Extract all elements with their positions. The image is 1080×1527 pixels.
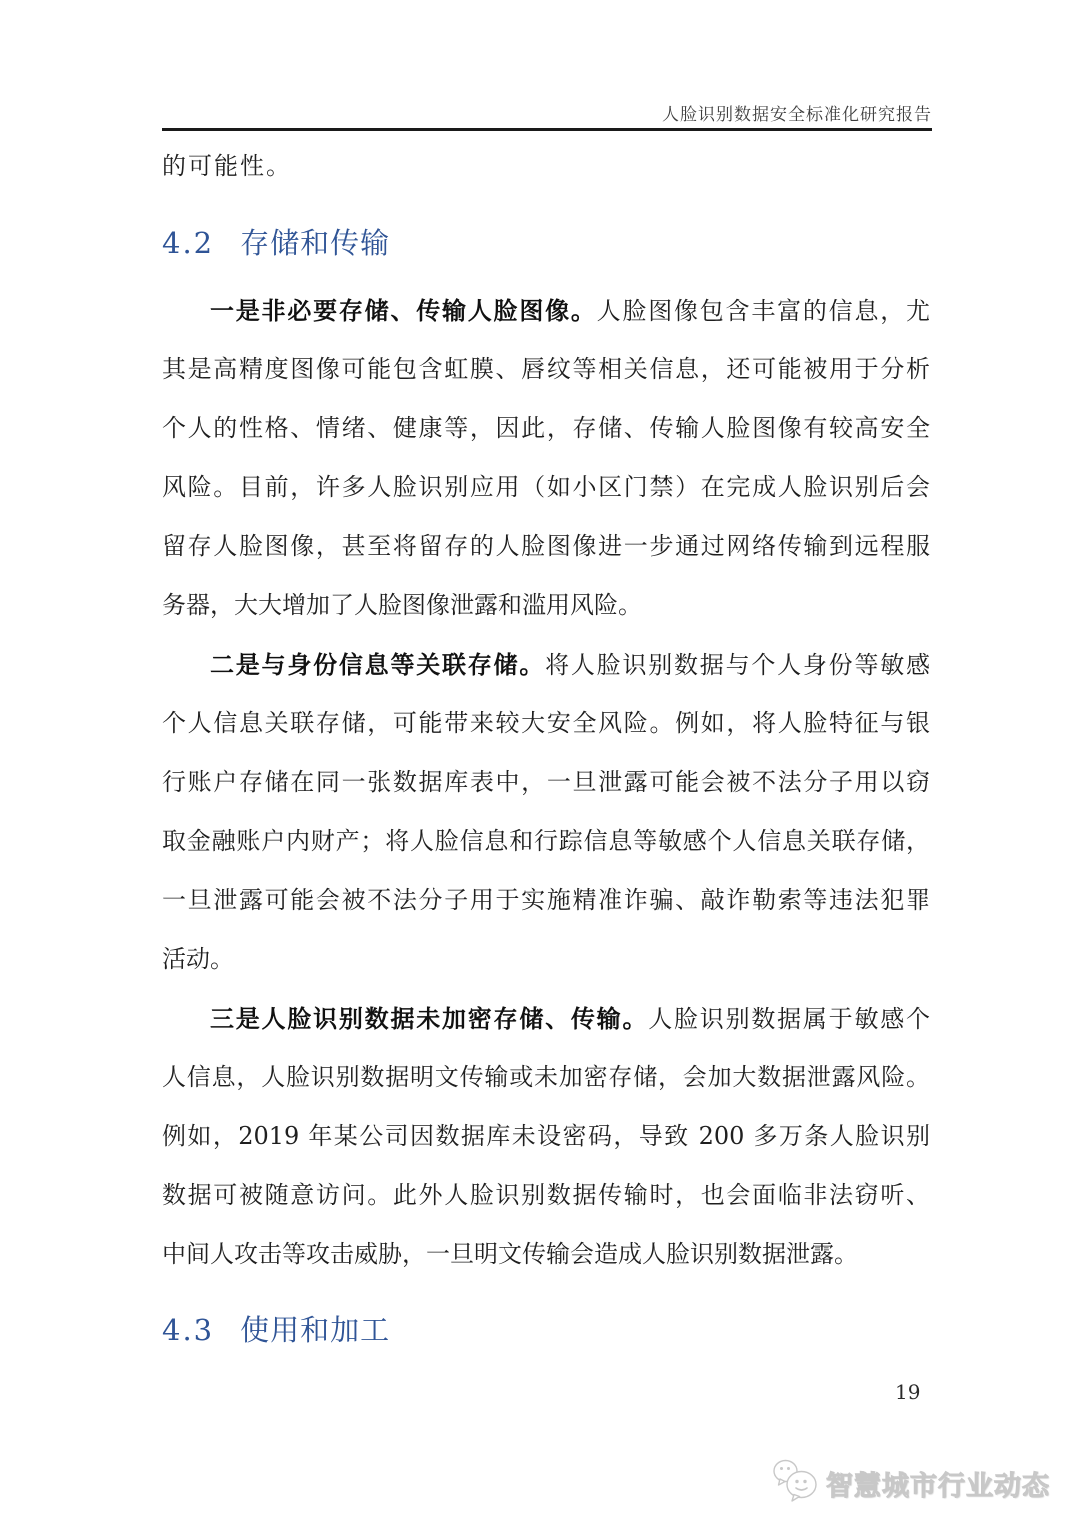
paragraph-lead: 一是非必要存储、传输人脸图像。 xyxy=(210,296,597,325)
paragraph-line: 例如，2019 年某公司因数据库未设密码，导致 200 多万条人脸识别 xyxy=(162,1107,930,1166)
paragraph-line-text: 将人脸识别数据与个人身份等敏感 xyxy=(545,651,930,679)
paragraph-line: 一是非必要存储、传输人脸图像。人脸图像包含丰富的信息，尤 xyxy=(162,281,930,340)
paragraph-line: 行账户存储在同一张数据库表中，一旦泄露可能会被不法分子用以窃 xyxy=(162,753,930,812)
paragraph-line: 人信息，人脸识别数据明文传输或未加密存储，会加大数据泄露风险。 xyxy=(162,1048,930,1107)
paragraph-line: 二是与身份信息等关联存储。将人脸识别数据与个人身份等敏感 xyxy=(162,635,930,694)
paragraph-line: 中间人攻击等攻击威胁，一旦明文传输会造成人脸识别数据泄露。 xyxy=(162,1225,930,1284)
section-title: 存储和传输 xyxy=(240,221,390,262)
paragraph-lead: 二是与身份信息等关联存储。 xyxy=(210,650,545,679)
paragraph-line: 个人信息关联存储，可能带来较大安全风险。例如，将人脸特征与银 xyxy=(162,694,930,753)
document-page: 人脸识别数据安全标准化研究报告 的可能性。 4.2 存储和传输 一是非必要存储、… xyxy=(0,0,1080,1527)
section-heading-4-3: 4.3 使用和加工 xyxy=(162,1308,390,1349)
paragraph-line: 其是高精度图像可能包含虹膜、唇纹等相关信息，还可能被用于分析 xyxy=(162,340,930,399)
watermark-text: 智慧城市行业动态 xyxy=(826,1464,1050,1503)
wechat-chat-bubbles-icon xyxy=(772,1458,818,1508)
body-text-block: 一是非必要存储、传输人脸图像。人脸图像包含丰富的信息，尤 其是高精度图像可能包含… xyxy=(162,281,930,1284)
paragraph-line: 活动。 xyxy=(162,930,930,989)
paragraph-line: 留存人脸图像，甚至将留存的人脸图像进一步通过网络传输到远程服 xyxy=(162,517,930,576)
paragraph-line: 数据可被随意访问。此外人脸识别数据传输时，也会面临非法窃听、 xyxy=(162,1166,930,1225)
paragraph-lead: 三是人脸识别数据未加密存储、传输。 xyxy=(210,1004,648,1033)
paragraph-line: 三是人脸识别数据未加密存储、传输。人脸识别数据属于敏感个 xyxy=(162,989,930,1048)
carryover-text: 的可能性。 xyxy=(162,146,292,181)
paragraph-line-text: 人脸识别数据属于敏感个 xyxy=(648,1005,930,1033)
paragraph-line: 一旦泄露可能会被不法分子用于实施精准诈骗、敲诈勒索等违法犯罪 xyxy=(162,871,930,930)
paragraph-line: 个人的性格、情绪、健康等，因此，存储、传输人脸图像有较高安全 xyxy=(162,399,930,458)
page-header-title: 人脸识别数据安全标准化研究报告 xyxy=(662,100,932,125)
paragraph-line: 务器，大大增加了人脸图像泄露和滥用风险。 xyxy=(162,576,930,635)
header-rule xyxy=(162,128,932,131)
section-number: 4.2 xyxy=(162,226,214,260)
page-number: 19 xyxy=(895,1380,920,1404)
paragraph-line-text: 人脸图像包含丰富的信息，尤 xyxy=(597,297,930,325)
section-heading-4-2: 4.2 存储和传输 xyxy=(162,221,390,262)
watermark: 智慧城市行业动态 xyxy=(772,1458,1050,1508)
paragraph-line: 风险。目前，许多人脸识别应用（如小区门禁）在完成人脸识别后会 xyxy=(162,458,930,517)
paragraph-line: 取金融账户内财产；将人脸信息和行踪信息等敏感个人信息关联存储， xyxy=(162,812,930,871)
section-number: 4.3 xyxy=(162,1313,214,1347)
section-title: 使用和加工 xyxy=(240,1308,390,1349)
